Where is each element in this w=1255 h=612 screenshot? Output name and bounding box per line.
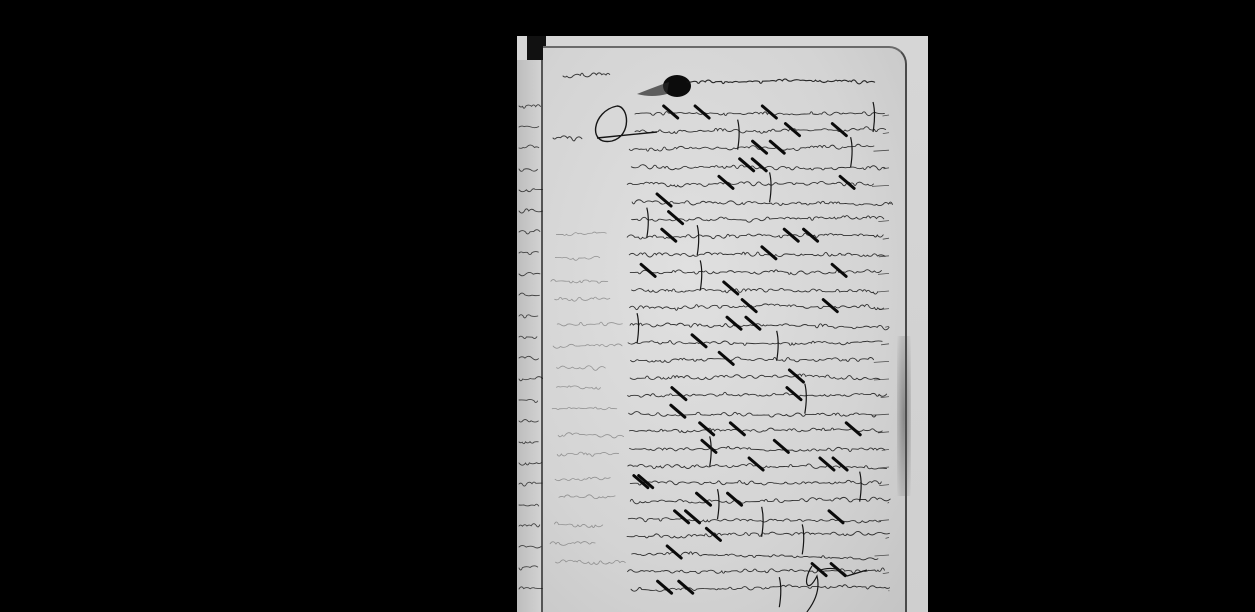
image-viewer: Handwritten historical document page in … [0,0,1255,612]
handwriting-ink [517,36,928,612]
manuscript-scan: Handwritten historical document page in … [517,36,928,612]
